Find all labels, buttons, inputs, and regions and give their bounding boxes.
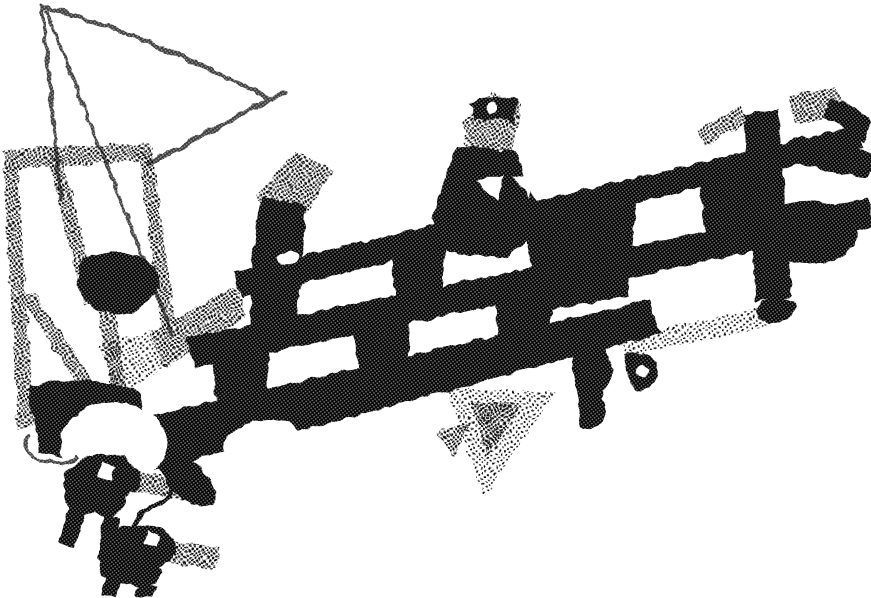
- flag-shadow: [436, 388, 556, 498]
- mast-brace-arc: [44, 7, 272, 100]
- right-arm-gray: [696, 106, 750, 146]
- stand-right-rail: [138, 148, 177, 340]
- lower-strut-2: [354, 310, 412, 410]
- right-hub-blob: [769, 201, 858, 264]
- clamp-a-leg-1: [58, 506, 86, 548]
- scanned-page: Black-and-white halftone photograph of a…: [0, 0, 871, 598]
- brace-line-right: [148, 92, 284, 164]
- stand-top-band: [2, 143, 153, 170]
- clamp-3-hook-hole: [637, 365, 649, 377]
- strut-2: [392, 236, 448, 322]
- lower-strut-3: [494, 280, 554, 372]
- halftone-photo: Black-and-white halftone photograph of a…: [0, 0, 871, 598]
- photo-content: [2, 5, 871, 597]
- shank-2: [432, 92, 544, 258]
- shank-1-body: [250, 196, 306, 288]
- shank-2-beak-hole: [487, 103, 498, 114]
- machine-illustration: Black-and-white halftone photograph of a…: [0, 0, 871, 598]
- stand-hub-blob: [78, 252, 158, 314]
